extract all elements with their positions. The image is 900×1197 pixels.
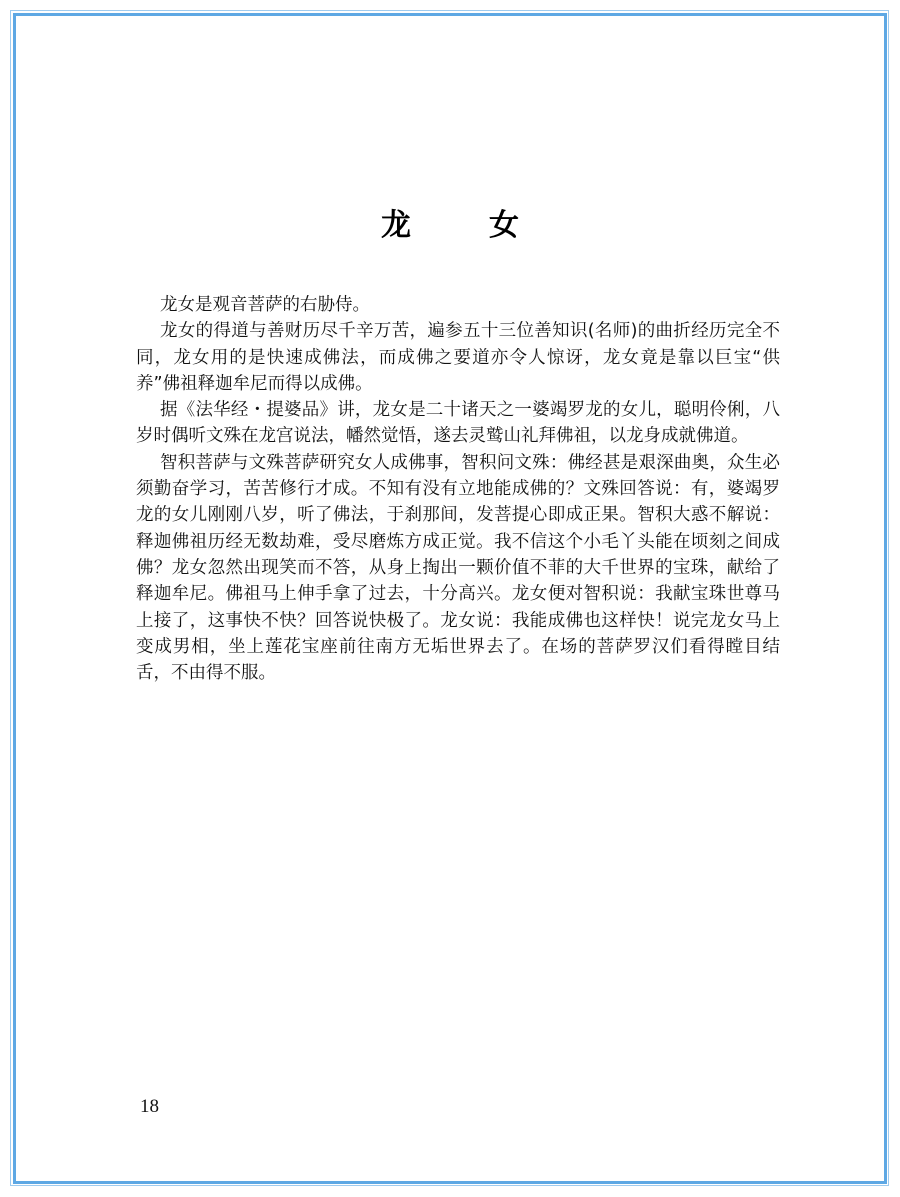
article-body: 龙女是观音菩萨的右胁侍。 龙女的得道与善财历尽千辛万苦，遍参五十三位善知识(名师… (136, 292, 780, 686)
paragraph: 龙女是观音菩萨的右胁侍。 (136, 292, 780, 318)
page-number: 18 (140, 1096, 159, 1118)
paragraph: 智积菩萨与文殊菩萨研究女人成佛事，智积问文殊：佛经甚是艰深曲奥，众生必须勤奋学习… (136, 450, 780, 687)
title-char-2: 女 (489, 200, 519, 244)
title-char-1: 龙 (381, 200, 411, 244)
page-title: 龙女 (0, 200, 900, 244)
paragraph: 龙女的得道与善财历尽千辛万苦，遍参五十三位善知识(名师)的曲折经历完全不同，龙女… (136, 318, 780, 397)
paragraph: 据《法华经・提婆品》讲，龙女是二十诸天之一婆竭罗龙的女儿，聪明伶俐，八岁时偶听文… (136, 397, 780, 450)
